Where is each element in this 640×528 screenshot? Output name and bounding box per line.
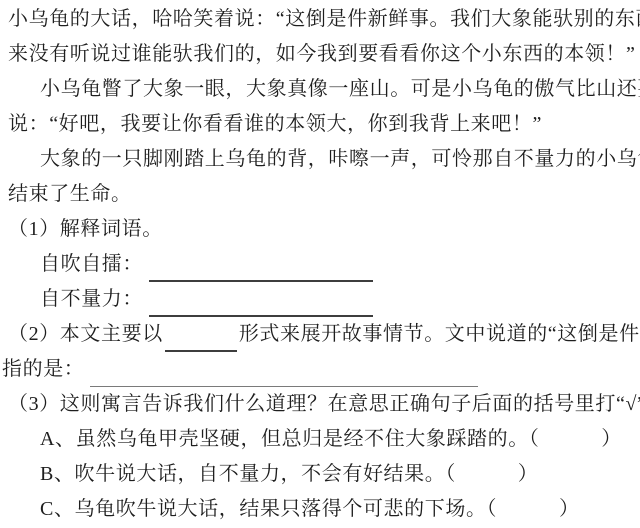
- worksheet-page: 小乌龟的大话，哈哈笑着说：“这倒是件新鲜事。我们大象能驮别的东西，可从 来没有听…: [0, 0, 640, 528]
- question-2-line-2-label: 指的是：: [2, 358, 84, 380]
- question-1-item-2: 自不量力：: [0, 282, 640, 317]
- answer-blank-q2-long: [90, 363, 478, 387]
- question-3-option-b: B、吹牛说大话，自不量力，不会有好结果。（ ）: [0, 457, 640, 492]
- passage-line-2: 来没有听说过谁能驮我们的，如今我到要看看你这个小东西的本领！”: [0, 37, 640, 72]
- question-2-line-1: （2）本文主要以形式来展开故事情节。文中说道的“这倒是件新鲜事”: [0, 317, 640, 352]
- answer-blank-q1-item-2: [149, 293, 373, 317]
- answer-blank-q2-inline: [165, 328, 237, 352]
- question-2-prefix: （2）本文主要以: [8, 323, 163, 345]
- passage-line-4: 说：“好吧，我要让你看看谁的本领大，你到我背上来吧！”: [0, 107, 640, 142]
- question-2-line-2: 指的是：: [0, 352, 640, 387]
- question-3-option-a: A、虽然乌龟甲壳坚硬，但总归是经不住大象踩踏的。（ ）: [0, 422, 640, 457]
- passage-line-6: 结束了生命。: [0, 177, 640, 212]
- passage-line-1: 小乌龟的大话，哈哈笑着说：“这倒是件新鲜事。我们大象能驮别的东西，可从: [0, 2, 640, 37]
- question-3-option-c: C、乌龟吹牛说大话，结果只落得个可悲的下场。（ ）: [0, 492, 640, 527]
- passage-line-5: 大象的一只脚刚踏上乌龟的背，咔嚓一声，可怜那自不量力的小乌龟就这样: [0, 142, 640, 177]
- question-1-item-1-label: 自吹自擂：: [40, 253, 143, 275]
- question-1-item-2-label: 自不量力：: [40, 288, 143, 310]
- question-1-label: （1）解释词语。: [0, 212, 640, 247]
- question-3-label: （3）这则寓言告诉我们什么道理？在意思正确句子后面的括号里打“√”。: [0, 387, 640, 422]
- question-1-item-1: 自吹自擂：: [0, 247, 640, 282]
- passage-line-3: 小乌龟瞥了大象一眼，大象真像一座山。可是小乌龟的傲气比山还要大，它: [0, 72, 640, 107]
- answer-blank-q1-item-1: [149, 258, 373, 282]
- question-2-suffix: 形式来展开故事情节。文中说道的“这倒是件新鲜事”: [239, 323, 640, 345]
